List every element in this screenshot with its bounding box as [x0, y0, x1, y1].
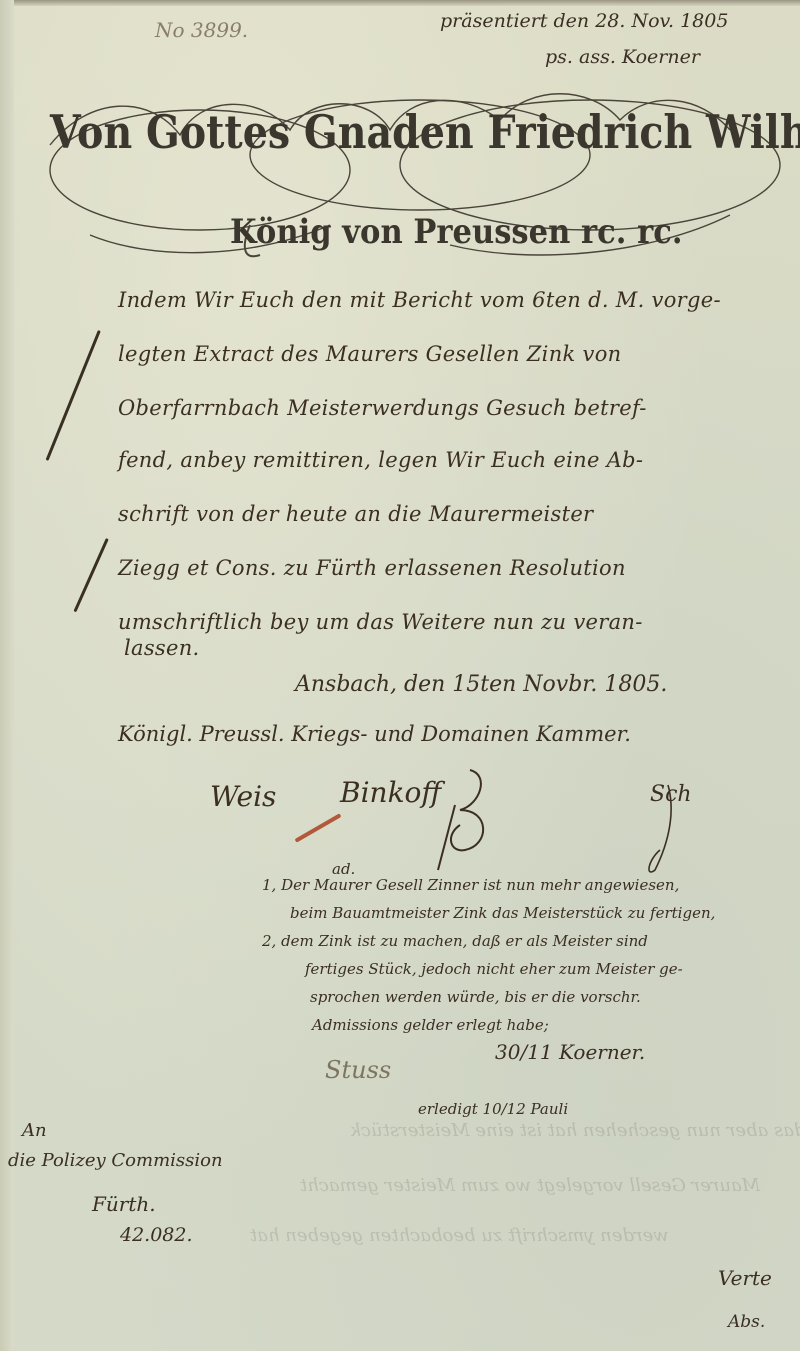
signature-flourish-icon: [640, 780, 680, 880]
verte-note: Verte: [718, 1266, 772, 1290]
annotation-date-signature: 30/11 Koerner.: [495, 1040, 645, 1064]
faint-signature: Stuss: [325, 1056, 391, 1084]
page-left-edge: [0, 0, 14, 1351]
signature: Binkoff: [340, 776, 441, 809]
bleed-through-text: ist das aber nun geschehen hat ist eine …: [350, 1120, 800, 1141]
bleed-through-text: Maurer Gesell vorgelegt wo zum Meister g…: [300, 1175, 760, 1196]
page-top-edge: [0, 0, 800, 6]
body-line: fend, anbey remittiren, legen Wir Euch e…: [118, 448, 643, 472]
document-page: ist das aber nun geschehen hat ist eine …: [0, 0, 800, 1351]
initials: Abs.: [728, 1312, 765, 1332]
annotation-line: fertiges Stück, jedoch nicht eher zum Me…: [305, 960, 683, 978]
bleed-through-text: werden ymschrift zu beobachten gegeben h…: [250, 1225, 669, 1246]
annotation-line: Admissions gelder erlegt habe;: [312, 1016, 549, 1034]
body-line: legten Extract des Maurers Gesellen Zink…: [118, 342, 621, 366]
margin-mark: [46, 330, 101, 461]
address-line: An: [22, 1120, 47, 1141]
address-reference: 42.082.: [120, 1224, 193, 1246]
heading-title: Von Gottes Gnaden Friedrich Wilhelm,: [50, 105, 800, 159]
body-line: Oberfarrnbach Meisterwerdungs Gesuch bet…: [118, 396, 647, 420]
margin-mark: [73, 538, 108, 612]
completion-note: erledigt 10/12 Pauli: [418, 1100, 568, 1118]
annotation-line: beim Bauamtmeister Zink das Meisterstück…: [290, 904, 715, 922]
body-line: umschriftlich bey um das Weitere nun zu …: [118, 610, 643, 634]
archive-number: No 3899.: [155, 18, 248, 42]
issuing-authority: Königl. Preussl. Kriegs- und Domainen Ka…: [118, 722, 631, 746]
body-line: Indem Wir Euch den mit Bericht vom 6ten …: [118, 288, 721, 312]
annotation-line: sprochen werden würde, bis er die vorsch…: [310, 988, 641, 1006]
body-line: lassen.: [124, 636, 200, 660]
address-line: die Polizey Commission: [8, 1150, 223, 1171]
red-crayon-mark: [294, 813, 341, 842]
body-line: Ziegg et Cons. zu Fürth erlassenen Resol…: [118, 556, 626, 580]
signature-flourish-icon: [430, 765, 500, 875]
receipt-note: präsentiert den 28. Nov. 1805: [440, 10, 728, 32]
body-line: schrift von der heute an die Maurermeist…: [118, 502, 593, 526]
annotation-line: 1, Der Maurer Gesell Zinner ist nun mehr…: [262, 876, 679, 894]
address-line: Fürth.: [92, 1192, 156, 1216]
heading-subtitle: König von Preussen rc. rc.: [230, 212, 682, 252]
place-date: Ansbach, den 15ten Novbr. 1805.: [295, 672, 667, 697]
signature: Weis: [210, 780, 276, 813]
annotation-line: 2, dem Zink ist zu machen, daß er als Me…: [262, 932, 648, 950]
receipt-note-clerk: ps. ass. Koerner: [545, 46, 700, 68]
